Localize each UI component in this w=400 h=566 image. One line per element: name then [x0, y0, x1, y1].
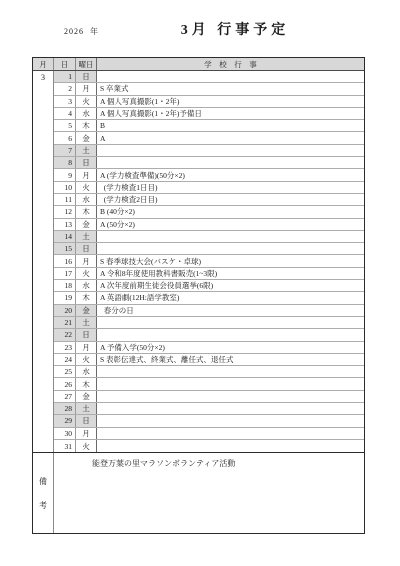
- table-row: 9 月 A (学力検査準備)(50分×2): [54, 169, 364, 181]
- event-cell: [97, 440, 364, 452]
- day-cell: 23: [54, 342, 76, 353]
- weekday-cell: 土: [76, 403, 97, 414]
- weekday-cell: 金: [76, 219, 97, 230]
- weekday-cell: 水: [76, 366, 97, 377]
- header-weekday: 曜日: [76, 58, 97, 70]
- event-cell: (学力検査1日目): [97, 182, 364, 193]
- weekday-cell: 水: [76, 280, 97, 291]
- header-day: 日: [54, 58, 76, 70]
- day-cell: 19: [54, 292, 76, 303]
- table-row: 24 火 S 表彰伝達式、終業式、離任式、退任式: [54, 354, 364, 366]
- event-cell: A 令和8年度使用教科書販売(1~3限): [97, 268, 364, 279]
- day-cell: 6: [54, 132, 76, 143]
- weekday-cell: 金: [76, 132, 97, 143]
- weekday-cell: 金: [76, 305, 97, 316]
- weekday-cell: 日: [76, 415, 97, 426]
- schedule-page: 2026年 3月 行事予定 月 日 曜日 学 校 行 事 3 1 日 2 月 S…: [0, 0, 400, 566]
- table-row: 14 土: [54, 231, 364, 243]
- weekday-cell: 水: [76, 194, 97, 205]
- event-cell: [97, 366, 364, 377]
- year-label: 2026年: [64, 26, 99, 37]
- day-cell: 13: [54, 219, 76, 230]
- day-cell: 26: [54, 378, 76, 389]
- event-cell: S 卒業式: [97, 83, 364, 94]
- weekday-cell: 土: [76, 317, 97, 328]
- table-row: 22 日: [54, 329, 364, 341]
- table-row: 27 金: [54, 391, 364, 403]
- event-cell: [97, 243, 364, 254]
- year-suffix: 年: [90, 27, 99, 36]
- event-cell: [97, 403, 364, 414]
- schedule-table: 月 日 曜日 学 校 行 事 3 1 日 2 月 S 卒業式 3 火 A 個人写…: [32, 57, 365, 534]
- event-cell: [97, 428, 364, 439]
- event-cell: [97, 329, 364, 340]
- weekday-cell: 月: [76, 342, 97, 353]
- day-cell: 7: [54, 145, 76, 156]
- day-cell: 25: [54, 366, 76, 377]
- day-cell: 21: [54, 317, 76, 328]
- event-cell: (学力検査2日目): [97, 194, 364, 205]
- day-cell: 9: [54, 169, 76, 180]
- weekday-cell: 月: [76, 169, 97, 180]
- table-row: 12 木 B (40分×2): [54, 206, 364, 218]
- table-row: 20 金 春分の日: [54, 305, 364, 317]
- table-row: 7 土: [54, 145, 364, 157]
- event-cell: A 英語劇(12H:語学教室): [97, 292, 364, 303]
- table-row: 30 月: [54, 428, 364, 440]
- weekday-cell: 火: [76, 182, 97, 193]
- event-cell: A 個人写真撮影(1・2年): [97, 96, 364, 107]
- day-cell: 4: [54, 108, 76, 119]
- day-cell: 28: [54, 403, 76, 414]
- event-cell: A: [97, 132, 364, 143]
- weekday-cell: 火: [76, 354, 97, 365]
- table-row: 28 土: [54, 403, 364, 415]
- table-row: 16 月 S 春季球技大会(バスケ・卓球): [54, 255, 364, 267]
- day-cell: 15: [54, 243, 76, 254]
- table-row: 4 水 A 個人写真撮影(1・2年)予備日: [54, 108, 364, 120]
- weekday-cell: 月: [76, 83, 97, 94]
- day-cell: 16: [54, 255, 76, 266]
- table-rows: 1 日 2 月 S 卒業式 3 火 A 個人写真撮影(1・2年) 4 水 A 個…: [54, 71, 364, 452]
- table-row: 1 日: [54, 71, 364, 83]
- table-row: 29 日: [54, 415, 364, 427]
- day-cell: 24: [54, 354, 76, 365]
- event-cell: A 予備入学(50分×2): [97, 342, 364, 353]
- year-value: 2026: [64, 27, 84, 36]
- table-row: 2 月 S 卒業式: [54, 83, 364, 95]
- weekday-cell: 木: [76, 292, 97, 303]
- day-cell: 31: [54, 440, 76, 452]
- event-cell: [97, 378, 364, 389]
- day-cell: 1: [54, 71, 76, 82]
- table-row: 21 土: [54, 317, 364, 329]
- weekday-cell: 日: [76, 157, 97, 168]
- event-cell: A 次年度前期生徒会役員選挙(6限): [97, 280, 364, 291]
- table-row: 17 火 A 令和8年度使用教科書販売(1~3限): [54, 268, 364, 280]
- weekday-cell: 水: [76, 108, 97, 119]
- day-cell: 3: [54, 96, 76, 107]
- day-cell: 12: [54, 206, 76, 217]
- table-body: 3 1 日 2 月 S 卒業式 3 火 A 個人写真撮影(1・2年) 4 水 A…: [33, 71, 364, 452]
- page-title: 3月 行事予定: [115, 19, 355, 39]
- table-row: 5 木 B: [54, 120, 364, 132]
- weekday-cell: 土: [76, 145, 97, 156]
- table-row: 10 火 (学力検査1日目): [54, 182, 364, 194]
- month-value: 3: [41, 73, 45, 82]
- table-row: 3 火 A 個人写真撮影(1・2年): [54, 96, 364, 108]
- weekday-cell: 木: [76, 378, 97, 389]
- remarks-label-char-2: 考: [39, 500, 47, 511]
- weekday-cell: 土: [76, 231, 97, 242]
- day-cell: 14: [54, 231, 76, 242]
- event-cell: B: [97, 120, 364, 131]
- weekday-cell: 日: [76, 329, 97, 340]
- event-cell: 春分の日: [97, 305, 364, 316]
- weekday-cell: 日: [76, 243, 97, 254]
- day-cell: 20: [54, 305, 76, 316]
- remarks-text: 能登万葉の里マラソンボランティア活動: [54, 453, 364, 533]
- day-cell: 11: [54, 194, 76, 205]
- event-cell: [97, 157, 364, 168]
- weekday-cell: 金: [76, 391, 97, 402]
- weekday-cell: 日: [76, 71, 97, 82]
- table-row: 13 金 A (50分×2): [54, 219, 364, 231]
- table-row: 18 水 A 次年度前期生徒会役員選挙(6限): [54, 280, 364, 292]
- weekday-cell: 火: [76, 440, 97, 452]
- event-cell: [97, 145, 364, 156]
- event-cell: [97, 317, 364, 328]
- weekday-cell: 木: [76, 206, 97, 217]
- day-cell: 29: [54, 415, 76, 426]
- table-row: 25 水: [54, 366, 364, 378]
- event-cell: [97, 71, 364, 82]
- event-cell: [97, 415, 364, 426]
- day-cell: 22: [54, 329, 76, 340]
- event-cell: A (学力検査準備)(50分×2): [97, 169, 364, 180]
- day-cell: 27: [54, 391, 76, 402]
- table-row: 6 金 A: [54, 132, 364, 144]
- day-cell: 10: [54, 182, 76, 193]
- weekday-cell: 火: [76, 96, 97, 107]
- remarks-section: 備 考 能登万葉の里マラソンボランティア活動: [33, 452, 364, 533]
- weekday-cell: 月: [76, 428, 97, 439]
- day-cell: 18: [54, 280, 76, 291]
- weekday-cell: 月: [76, 255, 97, 266]
- header-month: 月: [33, 58, 54, 70]
- event-cell: S 表彰伝達式、終業式、離任式、退任式: [97, 354, 364, 365]
- day-cell: 2: [54, 83, 76, 94]
- day-cell: 17: [54, 268, 76, 279]
- weekday-cell: 火: [76, 268, 97, 279]
- event-cell: [97, 391, 364, 402]
- day-cell: 8: [54, 157, 76, 168]
- event-cell: S 春季球技大会(バスケ・卓球): [97, 255, 364, 266]
- day-cell: 30: [54, 428, 76, 439]
- remarks-label: 備 考: [33, 453, 54, 533]
- weekday-cell: 木: [76, 120, 97, 131]
- table-row: 23 月 A 予備入学(50分×2): [54, 342, 364, 354]
- event-cell: [97, 231, 364, 242]
- table-row: 15 日: [54, 243, 364, 255]
- event-cell: A (50分×2): [97, 219, 364, 230]
- day-cell: 5: [54, 120, 76, 131]
- event-cell: B (40分×2): [97, 206, 364, 217]
- table-row: 26 木: [54, 378, 364, 390]
- table-row: 31 火: [54, 440, 364, 452]
- month-column: 3: [33, 71, 54, 452]
- table-row: 19 木 A 英語劇(12H:語学教室): [54, 292, 364, 304]
- table-header-row: 月 日 曜日 学 校 行 事: [33, 58, 364, 71]
- table-row: 11 水 (学力検査2日目): [54, 194, 364, 206]
- header-events: 学 校 行 事: [97, 58, 364, 70]
- table-row: 8 日: [54, 157, 364, 169]
- event-cell: A 個人写真撮影(1・2年)予備日: [97, 108, 364, 119]
- remarks-label-char-1: 備: [39, 476, 47, 487]
